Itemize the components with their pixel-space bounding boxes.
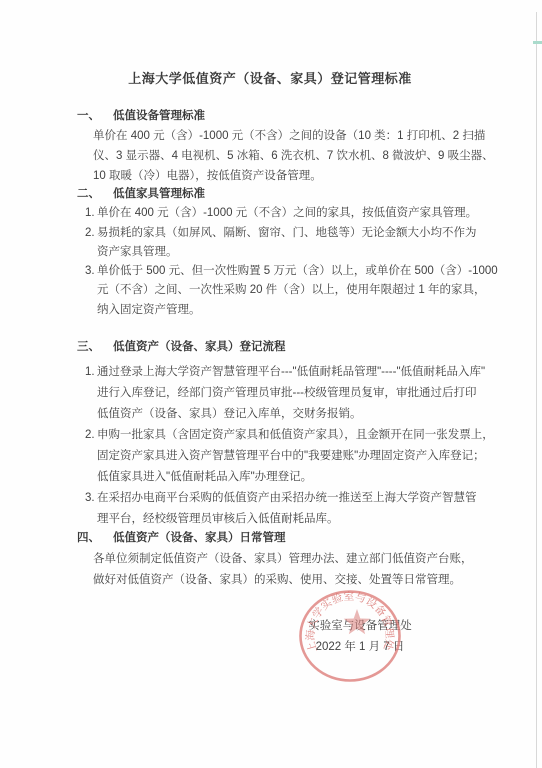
text-line: 理平台，经校级管理员审核后入低值耐耗品库。 [77, 509, 507, 530]
item-number: 1. [85, 362, 97, 383]
text-line: 单价低于 500 元、但一次性购置 5 万元（含）以上，或单价在 500（含）-… [97, 265, 498, 277]
seal-ring [301, 592, 400, 681]
list-item-line: 2.易损耗的家具（如屏风、隔断、窗帘、门、地毯等）无论金额大小均不作为 [77, 224, 507, 243]
section-heading: 二、低值家具管理标准 [77, 185, 507, 204]
item-number: 2. [85, 425, 97, 446]
section-number: 二、 [77, 185, 113, 204]
text-line: 各单位须制定低值资产（设备、家具）管理办法、建立部门低值资产台账， [77, 549, 507, 570]
section-heading: 三、低值资产（设备、家具）登记流程 [77, 337, 507, 358]
section-number: 三、 [77, 337, 113, 358]
item-number: 2. [85, 224, 97, 243]
list-item-line: 1.单价在 400 元（含）-1000 元（不含）之间的家具，按低值资产家具管理… [77, 204, 507, 223]
text-line: 低值资产（设备、家具）登记入库单，交财务报销。 [77, 404, 507, 425]
section-heading-text: 低值资产（设备、家具）登记流程 [113, 341, 286, 353]
list-item-line: 2.申购一批家具（含固定资产家具和低值资产家具），且金额开在同一张发票上， [77, 425, 507, 446]
section-2: 二、低值家具管理标准 1.单价在 400 元（含）-1000 元（不含）之间的家… [77, 185, 507, 320]
signature-date: 2022 年 1 月 7 日 [280, 638, 440, 656]
section-4: 四、低值资产（设备、家具）日常管理 各单位须制定低值资产（设备、家具）管理办法、… [77, 528, 507, 591]
section-heading-text: 低值资产（设备、家具）日常管理 [113, 532, 286, 544]
text-line: 单价在 400 元（含）-1000 元（不含）之间的设备（10 类：1 打印机、… [77, 126, 507, 146]
text-line: 在采招办电商平台采购的低值资产由采招办统一推送至上海大学资产智慧管 [97, 492, 477, 504]
section-1: 一、低值设备管理标准 单价在 400 元（含）-1000 元（不含）之间的设备（… [77, 106, 507, 186]
text-line: 进行入库登记，经部门资产管理员审批---校级管理员复审，审批通过后打印 [77, 383, 507, 404]
section-heading-text: 低值家具管理标准 [113, 188, 205, 200]
section-heading-text: 低值设备管理标准 [113, 110, 205, 122]
page-edge-line [536, 12, 537, 768]
text-line: 10 取暖（冷）电器），按低值资产设备管理。 [77, 166, 507, 186]
item-number: 1. [85, 204, 97, 223]
text-line: 单价在 400 元（含）-1000 元（不含）之间的家具，按低值资产家具管理。 [97, 207, 477, 219]
text-line: 固定资产家具进入资产智慧管理平台中的"我要建账"办理固定资产入库登记； [77, 446, 507, 467]
list-item-line: 3.单价低于 500 元、但一次性购置 5 万元（含）以上，或单价在 500（含… [77, 262, 507, 281]
text-line: 元（不含）之间、一次性采购 20 件（含）以上，使用年限超过 1 年的家具， [77, 281, 507, 300]
text-line: 低值家具进入"低值耐耗品入库"办理登记。 [77, 467, 507, 488]
signature-org: 实验室与设备管理处 [280, 617, 440, 635]
section-number: 四、 [77, 528, 113, 549]
item-number: 3. [85, 488, 97, 509]
section-heading: 四、低值资产（设备、家具）日常管理 [77, 528, 507, 549]
list-item-line: 3.在采招办电商平台采购的低值资产由采招办统一推送至上海大学资产智慧管 [77, 488, 507, 509]
item-number: 3. [85, 262, 97, 281]
text-line: 通过登录上海大学资产智慧管理平台---"低值耐耗品管理"----"低值耐耗品入库… [97, 366, 485, 378]
edge-artifact [533, 41, 542, 44]
list-item-line: 1.通过登录上海大学资产智慧管理平台---"低值耐耗品管理"----"低值耐耗品… [77, 362, 507, 383]
text-line: 申购一批家具（含固定资产家具和低值资产家具），且金额开在同一张发票上， [97, 429, 494, 441]
text-line: 仪、3 显示器、4 电视机、5 冰箱、6 洗衣机、7 饮水机、8 微波炉、9 吸… [77, 146, 507, 166]
official-seal-stamp: 上海大学实验室与设备管理处 [292, 583, 408, 689]
section-3: 三、低值资产（设备、家具）登记流程 1.通过登录上海大学资产智慧管理平台---"… [77, 337, 507, 530]
text-line: 资产家具管理。 [77, 243, 507, 262]
section-number: 一、 [77, 106, 113, 126]
text-line: 易损耗的家具（如屏风、隔断、窗帘、门、地毯等）无论金额大小均不作为 [97, 227, 477, 239]
text-line: 纳入固定资产管理。 [77, 301, 507, 320]
text-line: 做好对低值资产（设备、家具）的采购、使用、交接、处置等日常管理。 [77, 570, 507, 591]
section-heading: 一、低值设备管理标准 [77, 106, 507, 126]
document-page: 上海大学低值资产（设备、家具）登记管理标准 一、低值设备管理标准 单价在 400… [0, 0, 542, 768]
page-title: 上海大学低值资产（设备、家具）登记管理标准 [70, 68, 470, 87]
